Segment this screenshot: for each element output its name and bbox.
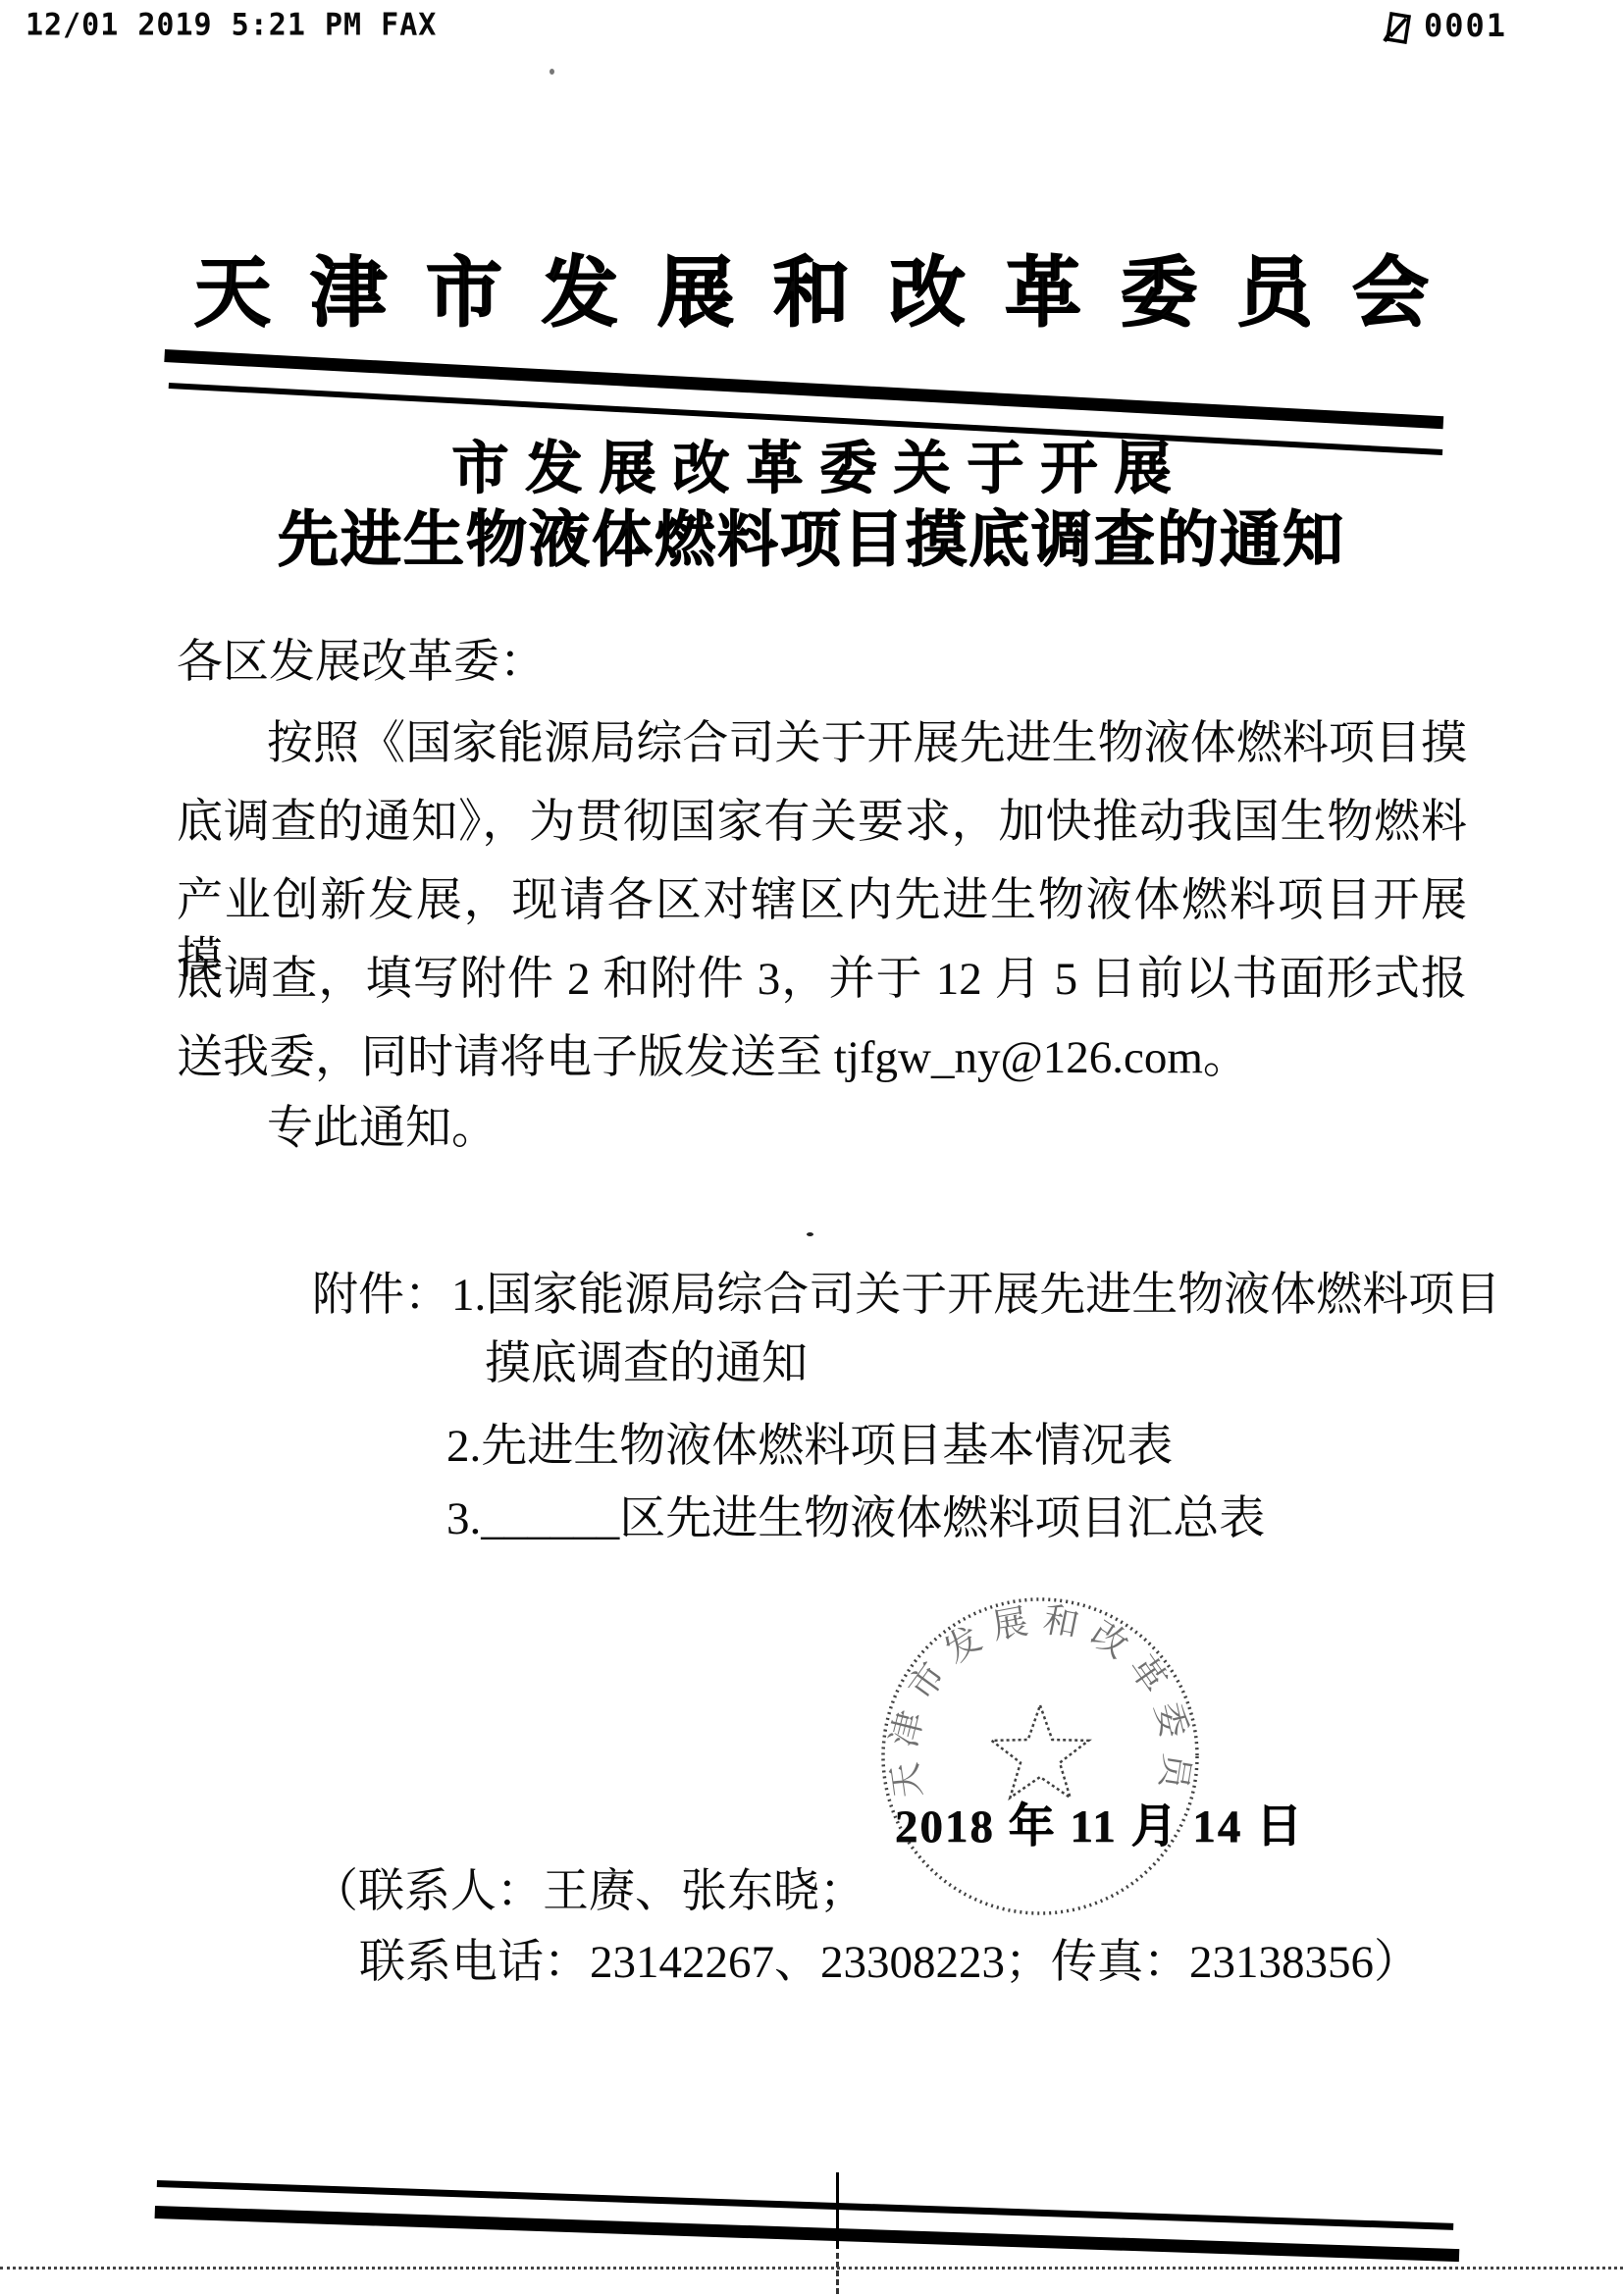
paragraph-line: 底调查的通知》，为贯彻国家有关要求，加快推动我国生物燃料 [177,793,1467,852]
seal-arc-text: 天津市发展和改革委员会 [883,1599,1197,1803]
attachment-item-1-line1: 1.国家能源局综合司关于开展先进生物液体燃料项目 [451,1258,1500,1324]
scan-artifact-vertical-dots [836,2253,839,2294]
document-title-line2: 先进生物液体燃料项目摸底调查的通知 [0,491,1623,578]
scan-artifact-bottom-dotted-line [0,2267,1623,2270]
contact-person-line: （联系人：王赓、张东晓； [312,1854,865,1920]
attachment-item-3: 3.______区先进生物液体燃料项目汇总表 [446,1482,1265,1547]
fax-page-counter: 0001 [1424,7,1507,44]
fax-timestamp: 12/01 2019 5:21 PM FAX [26,7,437,43]
paragraph-line: 送我委，同时请将电子版发送至 tjfgw_ny@126.com。 [177,1028,1467,1087]
document-pen-icon [1381,6,1414,45]
attachment-item-1-line2: 摸底调查的通知 [485,1327,808,1392]
official-seal-stamp: 天津市发展和改革委员会 [873,1590,1207,1923]
attachment-item-2: 2.先进生物液体燃料项目基本情况表 [446,1409,1173,1475]
seal-circle [883,1599,1197,1913]
paragraph-line: 底调查，填写附件 2 和附件 3，并于 12 月 5 日前以书面形式报 [177,950,1467,1009]
fax-page-indicator: 0001 [1381,6,1507,45]
attachments-label: 附件： [312,1258,450,1324]
salutation: 各区发展改革委： [177,633,1467,692]
scan-artifact-dot [550,69,554,75]
letterhead-org-name: 天津市发展和改革委员会 [0,232,1623,341]
fax-document-page: 12/01 2019 5:21 PM FAX 0001 天津市发展和改革委员会 … [0,0,1623,2296]
footer-rule-thick [155,2206,1460,2262]
official-seal-star-icon [992,1705,1089,1798]
closing-phrase: 专此通知。 [267,1099,497,1158]
paragraph-line: 按照《国家能源局综合司关于开展先进生物液体燃料项目摸 [177,714,1467,773]
svg-text:天津市发展和改革委员会: 天津市发展和改革委员会 [883,1599,1197,1803]
contact-phone-line: 联系电话：23142267、23308223；传真：23138356） [359,1925,1420,1991]
scan-artifact-vertical-dash [836,2172,839,2249]
scan-artifact-dot [807,1232,813,1236]
signature-date: 2018 年 11 月 14 日 [895,1790,1304,1855]
